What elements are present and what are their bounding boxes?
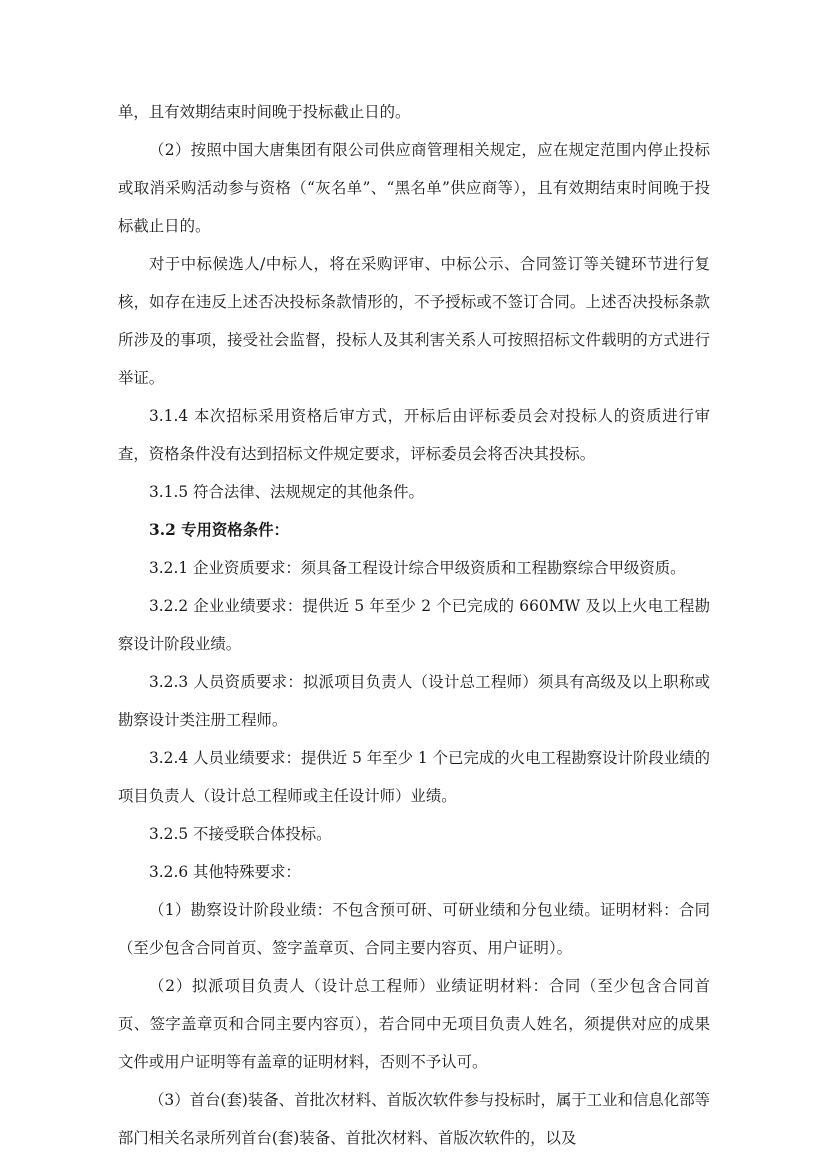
paragraph-3-2-5: 3.2.5 不接受联合体投标。: [118, 815, 710, 853]
paragraph-3-2-6: 3.2.6 其他特殊要求：: [118, 853, 710, 891]
paragraph-3-1-5: 3.1.5 符合法律、法规规定的其他条件。: [118, 473, 710, 511]
paragraph-3-2-6-item-1: （1）勘察设计阶段业绩：不包含预可研、可研业绩和分包业绩。证明材料：合同（至少包…: [118, 891, 710, 967]
paragraph-3-2-3: 3.2.3 人员资质要求：拟派项目负责人（设计总工程师）须具有高级及以上职称或勘…: [118, 663, 710, 739]
paragraph-3-2-6-item-2: （2）拟派项目负责人（设计总工程师）业绩证明材料：合同（至少包含合同首页、签字盖…: [118, 967, 710, 1081]
paragraph-continuation: 单，且有效期结束时间晚于投标截止日的。: [118, 93, 710, 131]
document-page: 单，且有效期结束时间晚于投标截止日的。 （2）按照中国大唐集团有限公司供应商管理…: [118, 93, 710, 1157]
paragraph-3-2-2: 3.2.2 企业业绩要求：提供近 5 年至少 2 个已完成的 660MW 及以上…: [118, 587, 710, 663]
section-heading-3-2: 3.2 专用资格条件：: [118, 511, 710, 549]
paragraph-review-notice: 对于中标候选人/中标人，将在采购评审、中标公示、合同签订等关键环节进行复核，如存…: [118, 245, 710, 397]
paragraph-3-2-1: 3.2.1 企业资质要求：须具备工程设计综合甲级资质和工程勘察综合甲级资质。: [118, 549, 710, 587]
paragraph-3-1-4: 3.1.4 本次招标采用资格后审方式，开标后由评标委员会对投标人的资质进行审查，…: [118, 397, 710, 473]
paragraph-item-2-grey-blacklist: （2）按照中国大唐集团有限公司供应商管理相关规定，应在规定范围内停止投标或取消采…: [118, 131, 710, 245]
paragraph-3-2-4: 3.2.4 人员业绩要求：提供近 5 年至少 1 个已完成的火电工程勘察设计阶段…: [118, 739, 710, 815]
paragraph-3-2-6-item-3: （3）首台(套)装备、首批次材料、首版次软件参与投标时，属于工业和信息化部等部门…: [118, 1081, 710, 1157]
